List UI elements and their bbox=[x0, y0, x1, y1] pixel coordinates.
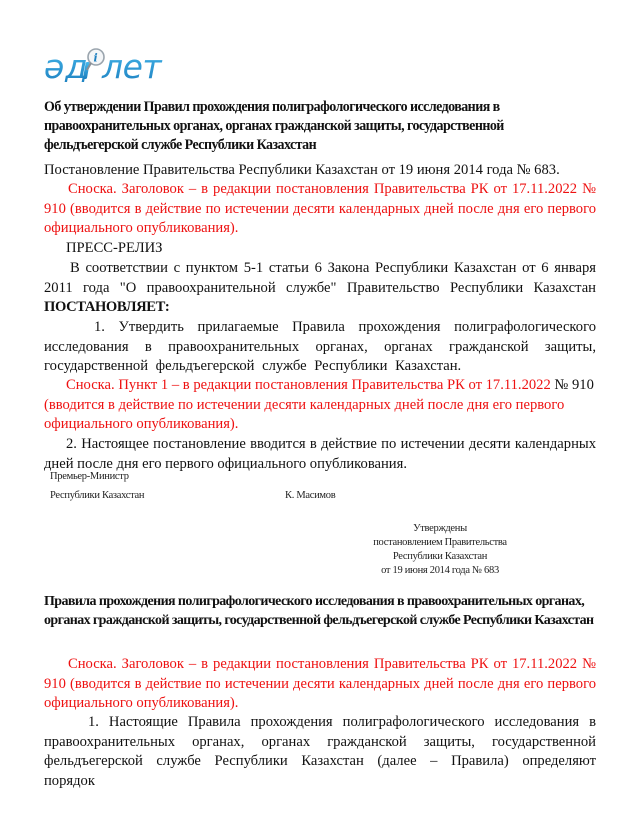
footnote-item-1-text: Сноска. Пункт 1 – в редакции постановлен… bbox=[66, 377, 551, 393]
press-release-link[interactable]: ПРЕСС-РЕЛИЗ bbox=[44, 239, 596, 259]
approval-line-3: Республики Казахстан bbox=[350, 550, 530, 564]
document-title: Об утверждении Правил прохождения полигр… bbox=[44, 98, 596, 155]
signature-position-line2: Республики Казахстан bbox=[50, 489, 144, 502]
adilet-logo[interactable]: ә д i лет bbox=[42, 44, 176, 82]
paragraph-item-2: 2. Настоящее постановление вводится в де… bbox=[44, 435, 596, 474]
svg-text:i: i bbox=[94, 52, 98, 65]
preamble-paragraph: В соответствии с пунктом 5-1 статьи 6 За… bbox=[44, 259, 596, 318]
footnote-rules-title-amendment: Сноска. Заголовок – в редакции постановл… bbox=[44, 655, 596, 714]
signature-name: К. Масимов bbox=[285, 489, 335, 502]
approval-stamp: Утверждены постановлением Правительства … bbox=[350, 522, 530, 578]
preamble-decree: ПОСТАНОВЛЯЕТ: bbox=[44, 299, 169, 315]
approval-line-2: постановлением Правительства bbox=[350, 536, 530, 550]
footnote-item-1-amendment: Сноска. Пункт 1 – в редакции постановлен… bbox=[44, 376, 596, 435]
footnote-title-amendment: Сноска. Заголовок – в редакции постановл… bbox=[44, 180, 596, 239]
footnote-item-1-number: № 910 bbox=[551, 377, 594, 393]
approval-line-1: Утверждены bbox=[350, 522, 530, 536]
svg-text:лет: лет bbox=[101, 47, 163, 82]
approval-line-4: от 19 июня 2014 года № 683 bbox=[350, 564, 530, 578]
document-page: ә д i лет Об утверждении Правил прохожде… bbox=[0, 0, 640, 828]
footnote-item-1-effect: (вводится в действие по истечении десяти… bbox=[44, 397, 564, 433]
rules-paragraph-item-1: 1. Настоящие Правила прохождения полигра… bbox=[44, 713, 596, 791]
adilet-logo-icon: ә д i лет bbox=[42, 44, 176, 82]
rules-title: Правила прохождения полиграфологического… bbox=[44, 592, 604, 630]
resolution-reference: Постановление Правительства Республики К… bbox=[44, 161, 596, 181]
paragraph-item-1: 1. Утвердить прилагаемые Правила прохожд… bbox=[44, 318, 596, 377]
signature-position-line1: Премьер-Министр bbox=[50, 470, 129, 483]
svg-text:ә: ә bbox=[44, 47, 64, 82]
preamble-text: В соответствии с пунктом 5-1 статьи 6 За… bbox=[44, 260, 596, 296]
